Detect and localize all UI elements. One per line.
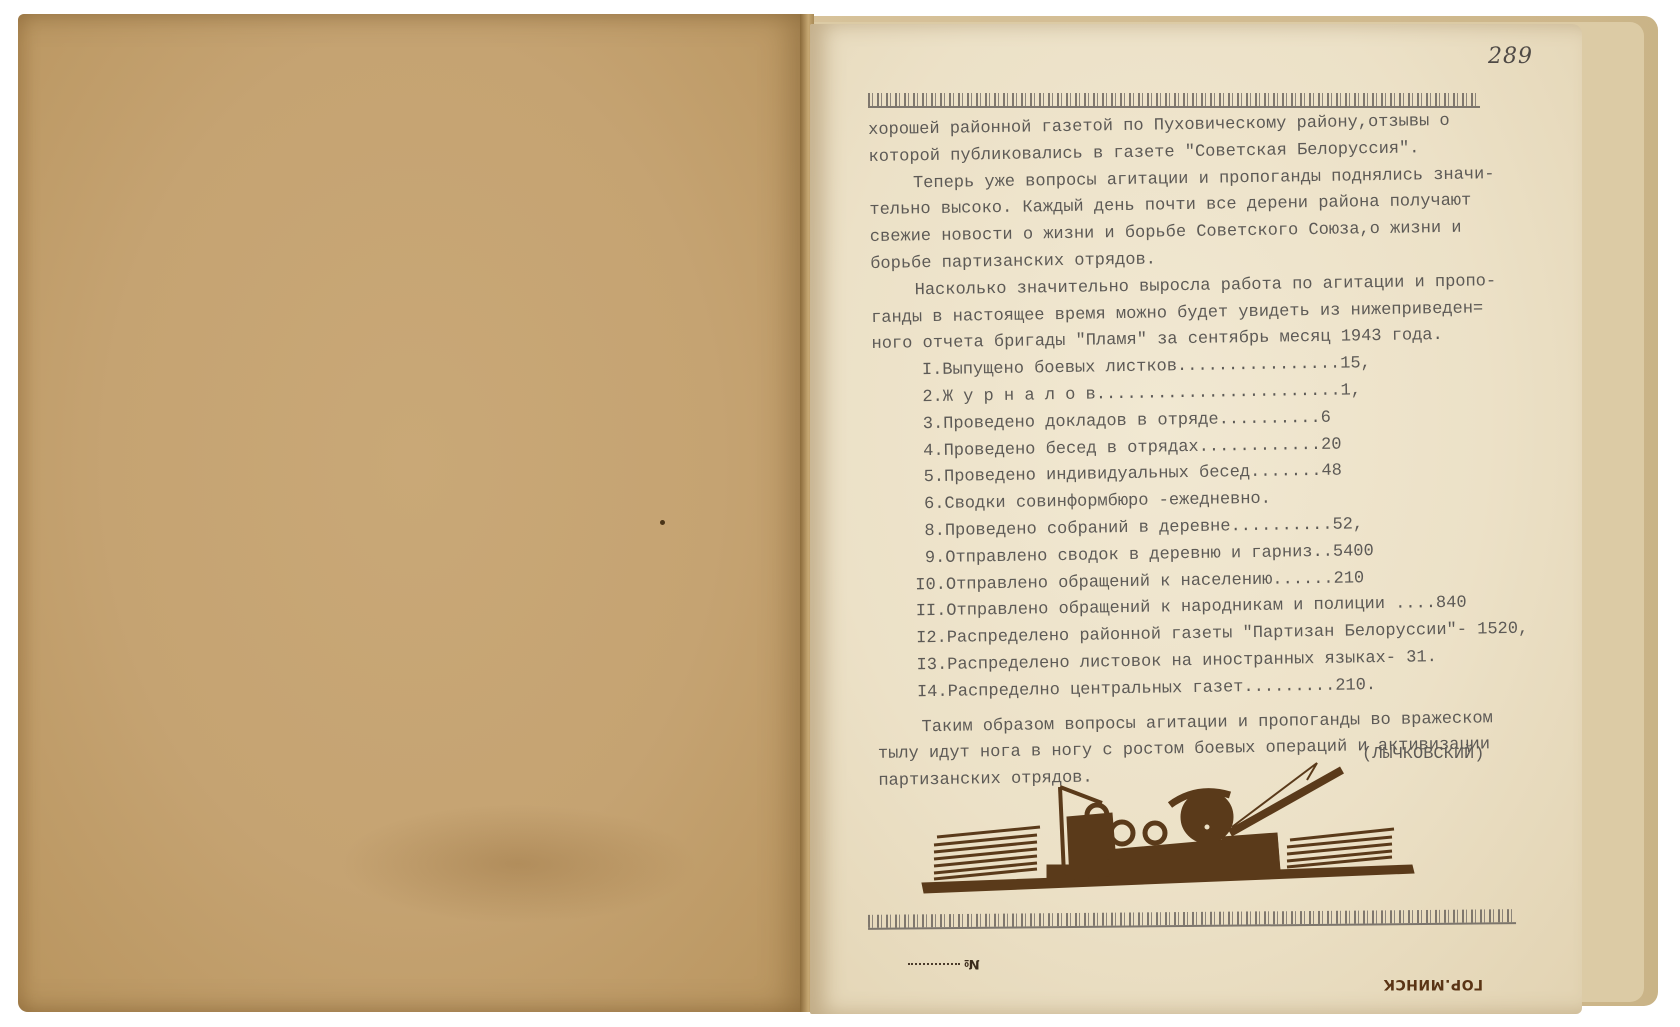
report-items-list: I.Выпущено боевых листков...............… [872, 349, 1527, 708]
left-blank-page [18, 14, 808, 1012]
footer-dotted-line [908, 963, 960, 965]
top-ornament-rule [868, 93, 1480, 108]
handwritten-page-number: 289 [1488, 44, 1533, 69]
page-stain [338, 804, 698, 924]
printing-press-illustration [912, 755, 1432, 895]
city-imprint: ГОР.МИНСК [1383, 976, 1483, 992]
open-archive-book: 289 хорошей районной газетой по Пуховиче… [0, 0, 1680, 1027]
ink-speck [660, 520, 665, 525]
number-mark: № [964, 956, 980, 971]
typed-report-text: хорошей районной газетой по Пуховическом… [868, 108, 1529, 796]
